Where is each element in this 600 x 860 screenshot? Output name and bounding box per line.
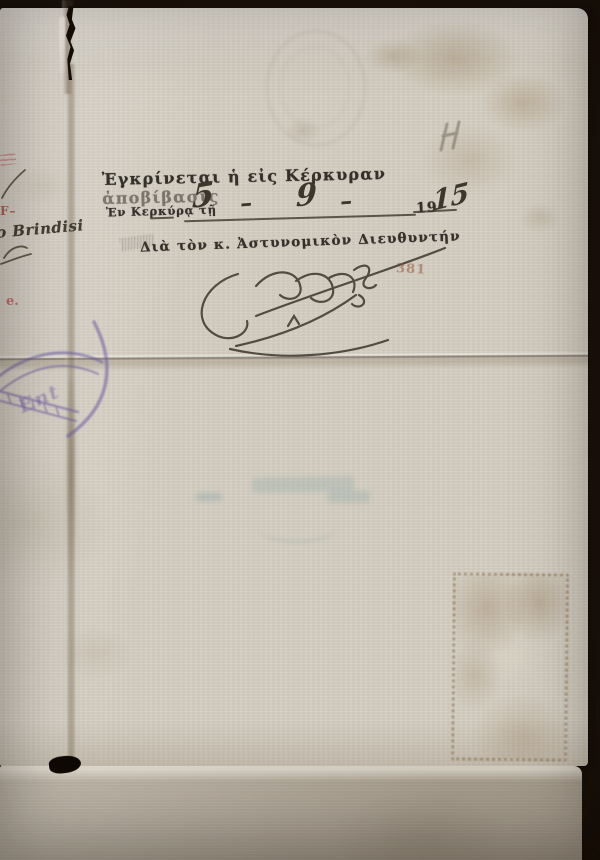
faint-blue-stamp-arc <box>258 514 336 543</box>
red-print-fragment: F– <box>0 204 17 218</box>
document-photo: Ἐγκρίνεται ἡ εἰς Κέρκυραν ἀποβίβασις Ἐν … <box>0 0 600 860</box>
handwritten-day: 5 <box>191 174 214 217</box>
arrival-stamp-purple <box>0 320 130 440</box>
faint-number: 381 <box>396 261 427 278</box>
handwritten-month: 9 <box>295 176 317 214</box>
red-letter: e. <box>6 294 19 309</box>
handwritten-dash1: – <box>239 188 253 218</box>
stamp-residue <box>451 572 569 761</box>
handwritten-dash2: – <box>339 186 353 216</box>
bottom-flap <box>0 766 582 860</box>
margin-pen-flourish <box>0 168 40 268</box>
faint-blue-stamp-line2 <box>328 491 370 503</box>
torn-edge-fibers <box>59 16 65 74</box>
signature-ink <box>160 240 460 370</box>
faded-ink-marks <box>436 116 470 154</box>
faint-blue-stamp-mark <box>196 493 222 501</box>
embossed-seal-inner-ring <box>280 46 350 128</box>
red-print-fragment-top <box>0 153 17 166</box>
